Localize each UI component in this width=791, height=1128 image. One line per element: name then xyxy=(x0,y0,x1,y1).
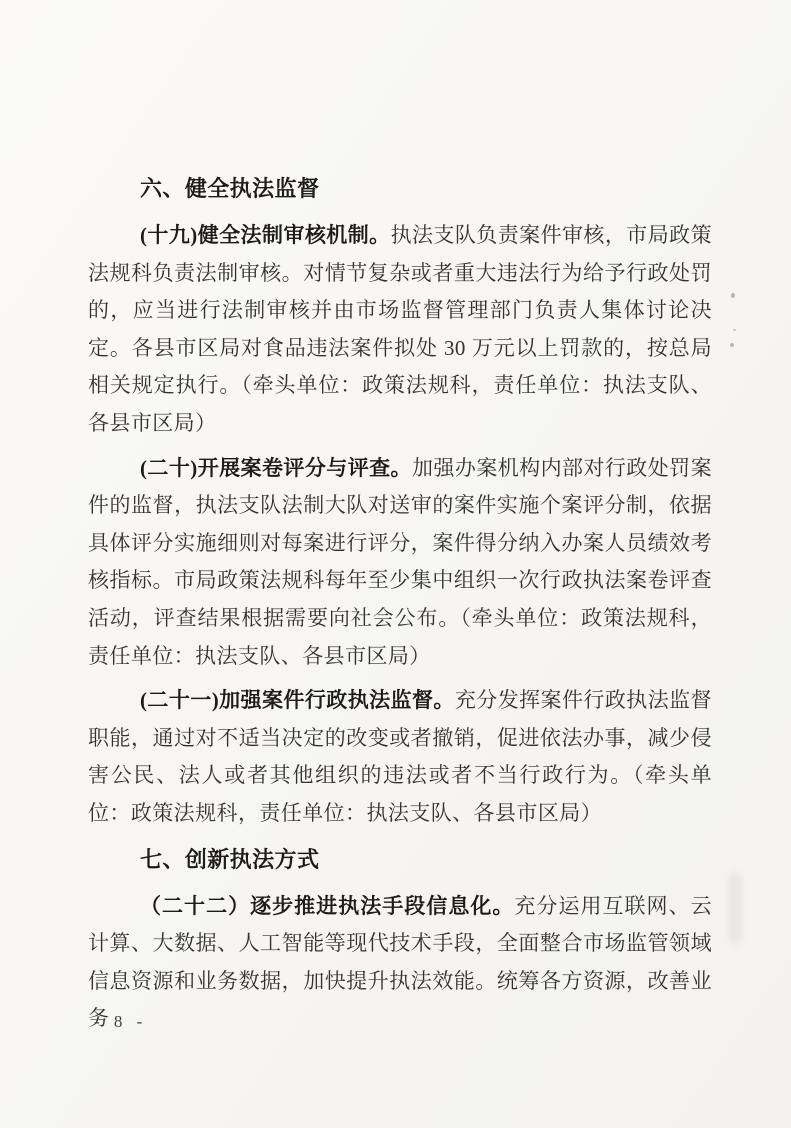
scan-smudge xyxy=(728,872,742,944)
document-content: 六、健全执法监督 (十九)健全法制审核机制。执法支队负责案件审核，市局政策法规科… xyxy=(88,170,712,1045)
scan-speck xyxy=(733,329,736,331)
scan-speck xyxy=(731,293,735,298)
paragraph-20: (二十)开展案卷评分与评查。加强办案机构内部对行政处罚案件的监督，执法支队法制大… xyxy=(88,450,712,676)
paragraph-19-body: 执法支队负责案件审核，市局政策法规科负责法制审核。对情节复杂或者重大违法行为给予… xyxy=(88,223,712,435)
paragraph-22: （二十二）逐步推进执法手段信息化。充分运用互联网、云计算、大数据、人工智能等现代… xyxy=(88,888,712,1038)
paragraph-19: (十九)健全法制审核机制。执法支队负责案件审核，市局政策法规科负责法制审核。对情… xyxy=(88,217,712,443)
document-page: 六、健全执法监督 (十九)健全法制审核机制。执法支队负责案件审核，市局政策法规科… xyxy=(0,0,791,1128)
page-number: - 8 - xyxy=(94,1012,147,1032)
section-heading-6: 六、健全执法监督 xyxy=(88,170,712,208)
paragraph-20-lead: (二十)开展案卷评分与评查。 xyxy=(140,456,412,480)
paragraph-21: (二十一)加强案件行政执法监督。充分发挥案件行政执法监督职能，通过对不适当决定的… xyxy=(88,682,712,832)
section-heading-7: 七、创新执法方式 xyxy=(88,841,712,879)
paragraph-22-lead: （二十二）逐步推进执法手段信息化。 xyxy=(140,894,514,918)
paragraph-21-lead: (二十一)加强案件行政执法监督。 xyxy=(140,688,455,712)
scan-speck xyxy=(730,343,734,347)
paragraph-19-lead: (十九)健全法制审核机制。 xyxy=(140,223,391,247)
paragraph-20-body: 加强办案机构内部对行政处罚案件的监督，执法支队法制大队对送审的案件实施个案评分制… xyxy=(88,456,712,668)
